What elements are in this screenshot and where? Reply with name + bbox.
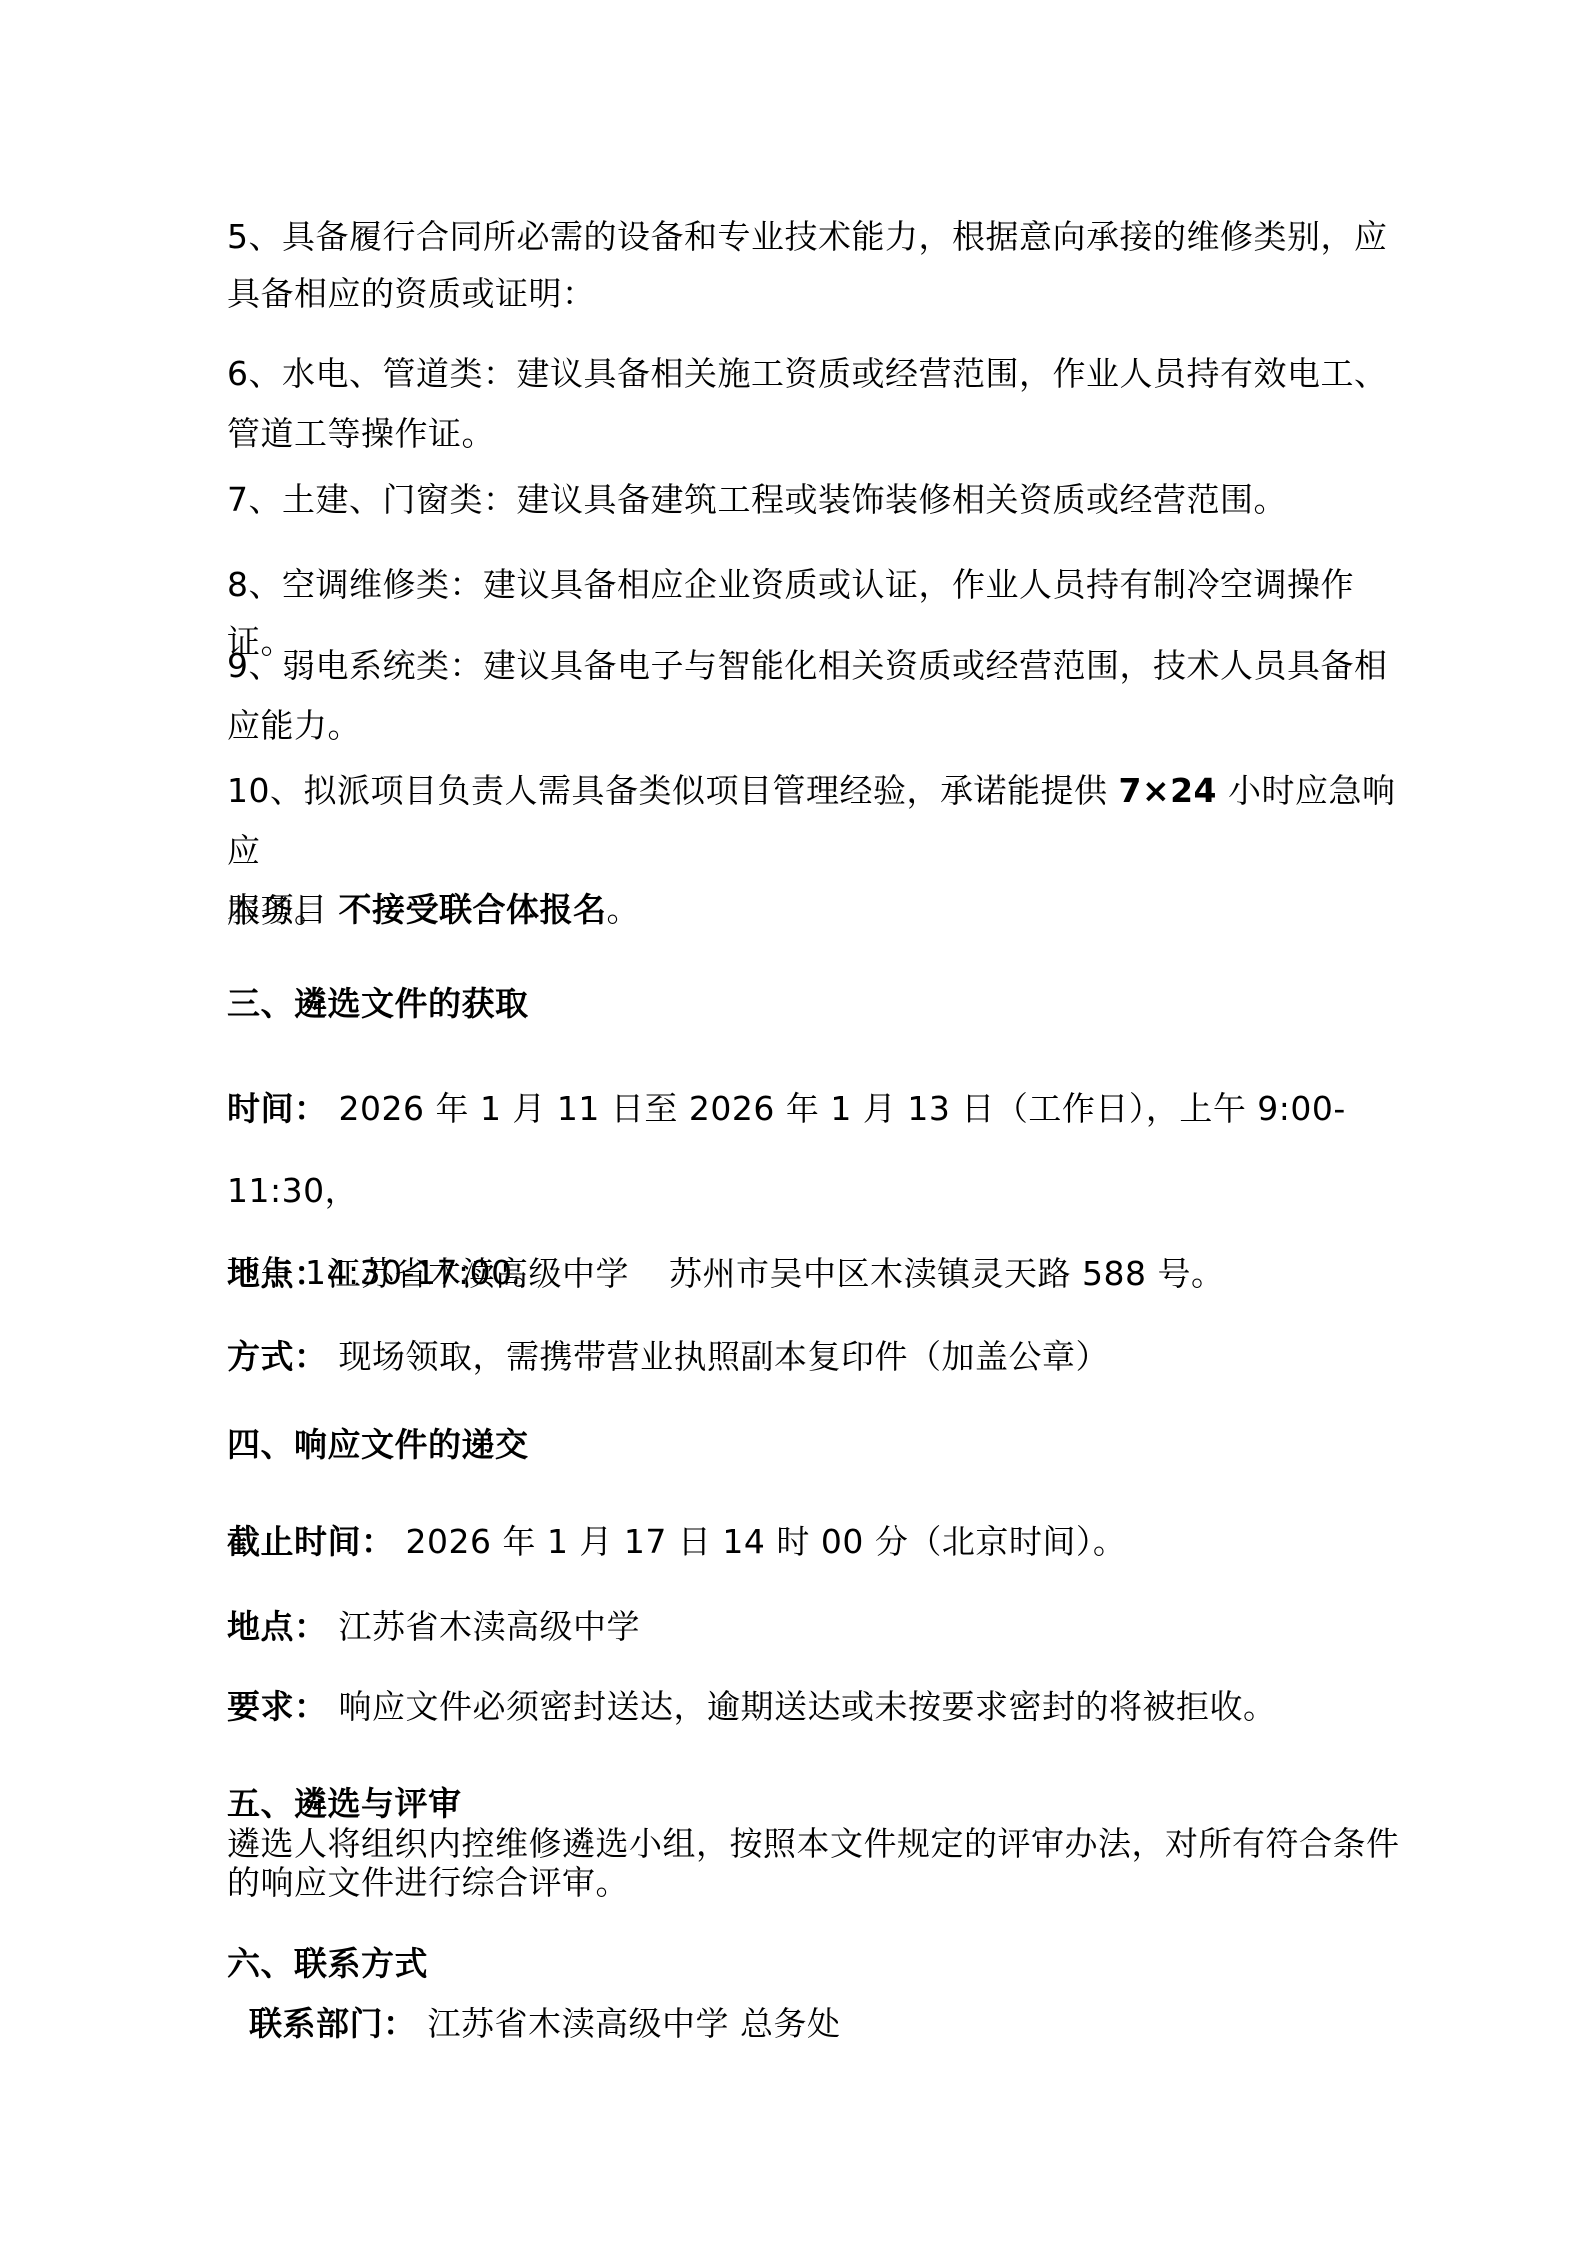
submit-place-value: 江苏省木渎高级中学 xyxy=(328,1607,641,1646)
section-3-heading: 三、遴选文件的获取 xyxy=(227,975,1402,1032)
submit-place: 地点： 江苏省木渎高级中学 xyxy=(227,1598,1402,1655)
clause-5: 5、具备履行合同所必需的设备和专业技术能力，根据意向承接的维修类别，应具备相应的… xyxy=(227,208,1402,322)
section-6-heading-text: 六、联系方式 xyxy=(227,1944,428,1983)
obtain-method-label: 方式： xyxy=(227,1337,328,1376)
joint-venture-pre: 本项目 xyxy=(227,890,339,929)
obtain-method-value: 现场领取，需携带营业执照副本复印件（加盖公章） xyxy=(328,1337,1110,1376)
obtain-time-label: 时间： xyxy=(227,1089,328,1128)
clause-9: 9、弱电系统类：建议具备电子与智能化相关资质或经营范围，技术人员具备相应能力。 xyxy=(227,636,1402,756)
contact-department: 联系部门： 江苏省木渎高级中学 总务处 xyxy=(249,1995,1424,2052)
clause-10-line1-pre: 10、拟派项目负责人需具备类似项目管理经验，承诺能提供 xyxy=(227,771,1118,810)
submit-deadline-label: 截止时间： xyxy=(227,1522,395,1561)
review-body: 遴选人将组织内控维修遴选小组，按照本文件规定的评审办法，对所有符合条件的响应文件… xyxy=(227,1824,1402,1902)
obtain-place-name: 江苏省木渎高级中学 xyxy=(328,1254,630,1293)
contact-department-label: 联系部门： xyxy=(249,2004,417,2043)
clause-5-line2: 具备相应的资质或证明： xyxy=(227,274,596,313)
submit-deadline-value: 2026 年 1 月 17 日 14 时 00 分（北京时间）。 xyxy=(395,1522,1127,1561)
submit-requirement-label: 要求： xyxy=(227,1687,328,1726)
section-4-heading: 四、响应文件的递交 xyxy=(227,1416,1402,1473)
joint-venture-note: 本项目 不接受联合体报名。 xyxy=(227,881,1402,938)
submit-place-label: 地点： xyxy=(227,1607,328,1646)
clause-6: 6、水电、管道类：建议具备相关施工资质或经营范围，作业人员持有效电工、管道工等操… xyxy=(227,344,1402,464)
contact-department-value: 江苏省木渎高级中学 总务处 xyxy=(417,2004,841,2043)
review-body-line2: 的响应文件进行综合评审。 xyxy=(227,1863,629,1902)
section-4-heading-text: 四、响应文件的递交 xyxy=(227,1425,529,1464)
obtain-time-line1: 2026 年 1 月 11 日至 2026 年 1 月 13 日（工作日），上午… xyxy=(227,1089,1346,1210)
clause-7-line1: 7、土建、门窗类：建议具备建筑工程或装饰装修相关资质或经营范围。 xyxy=(227,480,1287,519)
obtain-place: 地点：江苏省木渎高级中学苏州市吴中区木渎镇灵天路 588 号。 xyxy=(227,1245,1402,1302)
clause-9-line1: 9、弱电系统类：建议具备电子与智能化相关资质或经营范围，技术人员具备相 xyxy=(227,646,1388,685)
obtain-method: 方式： 现场领取，需携带营业执照副本复印件（加盖公章） xyxy=(227,1328,1402,1385)
submit-deadline: 截止时间： 2026 年 1 月 17 日 14 时 00 分（北京时间）。 xyxy=(227,1513,1402,1570)
joint-venture-post: 。 xyxy=(607,890,641,929)
section-5-heading: 五、遴选与评审 xyxy=(227,1784,1402,1824)
clause-6-line2: 管道工等操作证。 xyxy=(227,414,495,453)
section-6-heading: 六、联系方式 xyxy=(227,1935,1402,1992)
obtain-place-address: 苏州市吴中区木渎镇灵天路 588 号。 xyxy=(669,1254,1224,1293)
document-page: 5、具备履行合同所必需的设备和专业技术能力，根据意向承接的维修类别，应具备相应的… xyxy=(0,0,1587,2245)
clause-5-line1: 5、具备履行合同所必需的设备和专业技术能力，根据意向承接的维修类别，应 xyxy=(227,217,1388,256)
clause-6-line1: 6、水电、管道类：建议具备相关施工资质或经营范围，作业人员持有效电工、 xyxy=(227,354,1388,393)
section-3-heading-text: 三、遴选文件的获取 xyxy=(227,984,529,1023)
clause-10-bold-7x24: 7×24 xyxy=(1118,771,1217,810)
submit-requirement: 要求： 响应文件必须密封送达，逾期送达或未按要求密封的将被拒收。 xyxy=(227,1678,1402,1735)
submit-requirement-value: 响应文件必须密封送达，逾期送达或未按要求密封的将被拒收。 xyxy=(328,1687,1277,1726)
clause-9-line2: 应能力。 xyxy=(227,706,361,745)
section-5-heading-text: 五、遴选与评审 xyxy=(227,1784,462,1823)
review-body-line1: 遴选人将组织内控维修遴选小组，按照本文件规定的评审办法，对所有符合条件 xyxy=(227,1824,1400,1863)
joint-venture-bold: 不接受联合体报名 xyxy=(339,890,607,929)
clause-7: 7、土建、门窗类：建议具备建筑工程或装饰装修相关资质或经营范围。 xyxy=(227,471,1402,528)
obtain-place-label: 地点： xyxy=(227,1254,328,1293)
